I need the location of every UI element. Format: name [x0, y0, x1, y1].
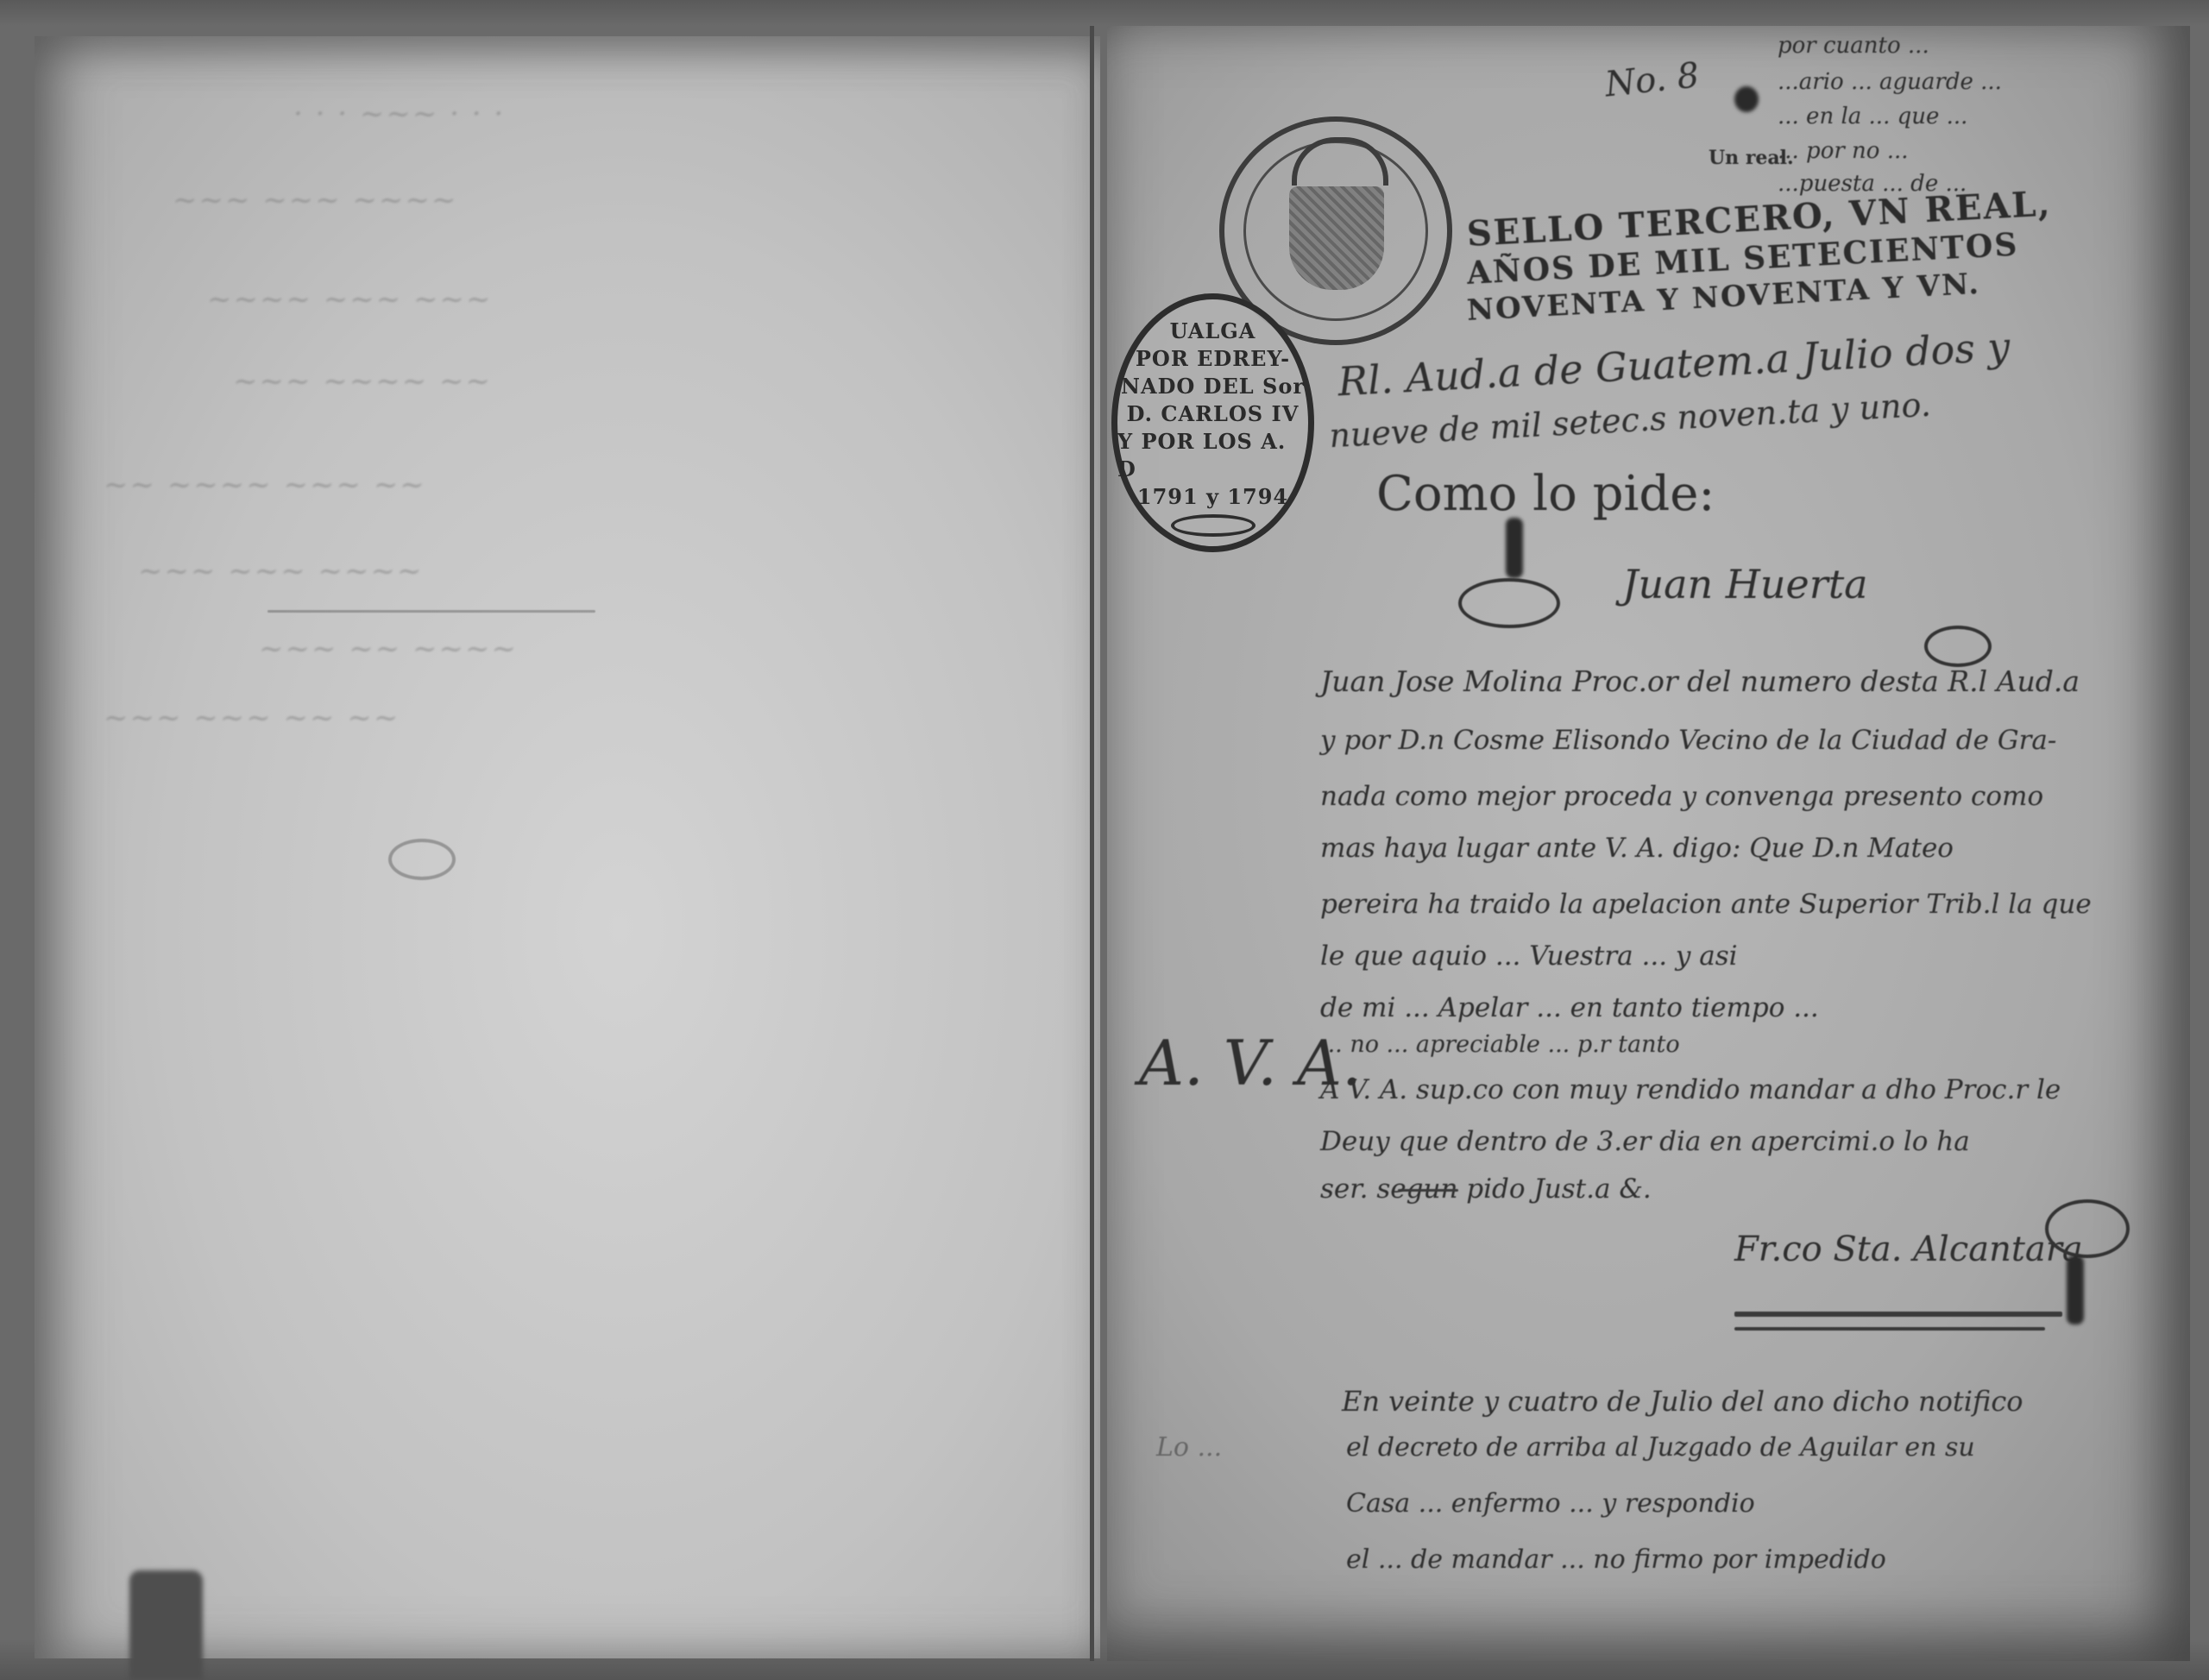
- coat-of-arms-icon: [1289, 186, 1384, 290]
- margin-line: ...ario ... aguarde ...: [1778, 69, 2002, 95]
- page-clip-shadow: [129, 1570, 203, 1680]
- faint-line: ~~ ~~~~ ~~~ ~~: [104, 468, 426, 502]
- gutter-fold-line: [1090, 26, 1094, 1661]
- margin-line: ... en la ... que ...: [1778, 104, 1967, 129]
- request-line: ser. segun pido Just.a &.: [1320, 1173, 1652, 1205]
- stamp-text: POR EDREY-: [1136, 345, 1290, 373]
- request-line: A V. A. sup.co con muy rendido mandar a …: [1320, 1074, 2061, 1105]
- faint-line: ~~~ ~~ ~~~~: [259, 632, 518, 666]
- rubric-flourish: [1458, 578, 1560, 628]
- stamp-base-ornament: [1171, 514, 1256, 537]
- closing-line: Casa ... enfermo ... y respondio: [1346, 1488, 1755, 1519]
- closing-line: el decreto de arriba al Juzgado de Aguil…: [1346, 1432, 1975, 1463]
- faint-line: ~~~~ ~~~ ~~~: [207, 282, 493, 317]
- petition-line: pereira ha traido la apelacion ante Supe…: [1320, 889, 2092, 920]
- ink-blot: [1734, 86, 1759, 112]
- signature-rule: [1398, 1189, 1458, 1192]
- petition-line: le que aquio ... Vuestra ... y asi: [1320, 941, 1738, 972]
- left-page: · · · ~~~ · · · ~~~ ~~~ ~~~~ ~~~~ ~~~ ~~…: [35, 36, 1100, 1658]
- faint-line: ~~~ ~~~ ~~ ~~: [104, 701, 400, 735]
- margin-note: Lo ...: [1156, 1432, 1222, 1463]
- faint-flourish: [388, 839, 456, 880]
- signature-ink: [2067, 1255, 2084, 1324]
- stamp-text: NADO DEL Sor: [1121, 373, 1305, 400]
- closing-line: En veinte y cuatro de Julio del ano dich…: [1342, 1385, 2023, 1418]
- petition-line: ... no ... apreciable ... p.r tanto: [1320, 1031, 1680, 1058]
- faint-line: · · · ~~~ · · ·: [293, 97, 505, 131]
- faint-line: ~~~ ~~~ ~~~~: [138, 554, 424, 588]
- margin-line: por cuanto ...: [1778, 33, 1929, 59]
- validation-oval-stamp: UALGA POR EDREY- NADO DEL Sor D. CARLOS …: [1111, 293, 1314, 552]
- faint-line: ~~~ ~~~ ~~~~: [173, 183, 458, 217]
- request-line: Deuy que dentro de 3.er dia en apercimi.…: [1320, 1126, 1970, 1157]
- petition-line: de mi ... Apelar ... en tanto tiempo ...: [1320, 992, 1819, 1023]
- petition-line: Juan Jose Molina Proc.or del numero dest…: [1320, 664, 2080, 698]
- margin-line: ... por no ...: [1778, 138, 1909, 164]
- signature-procurator: Fr.co Sta. Alcantara: [1734, 1230, 2083, 1269]
- faint-underline: [267, 610, 595, 613]
- stamp-text: 1791 y 1794: [1137, 483, 1288, 511]
- signature-flourish: [1924, 626, 1992, 667]
- signature-loop: [2045, 1199, 2130, 1258]
- rubric-ink: [1506, 518, 1523, 578]
- decree-text: Como lo pide:: [1376, 466, 1715, 522]
- stamp-text: Y POR LOS A. D: [1117, 428, 1308, 483]
- stamp-text: UALGA: [1170, 318, 1256, 345]
- closing-line: el ... de mandar ... no firmo por impedi…: [1346, 1545, 1886, 1575]
- stamp-text: D. CARLOS IV: [1127, 400, 1300, 428]
- petition-line: mas haya lugar ante V. A. digo: Que D.n …: [1320, 833, 1954, 864]
- petition-line: nada como mejor proceda y convenga prese…: [1320, 781, 2043, 812]
- signature-judge: Juan Huerta: [1622, 561, 1868, 607]
- signature-paraph: [1734, 1312, 2062, 1317]
- faint-line: ~~~ ~~~~ ~~: [233, 364, 492, 399]
- signature-paraph: [1734, 1327, 2045, 1331]
- petition-line: y por D.n Cosme Elisondo Vecino de la Ci…: [1320, 725, 2056, 756]
